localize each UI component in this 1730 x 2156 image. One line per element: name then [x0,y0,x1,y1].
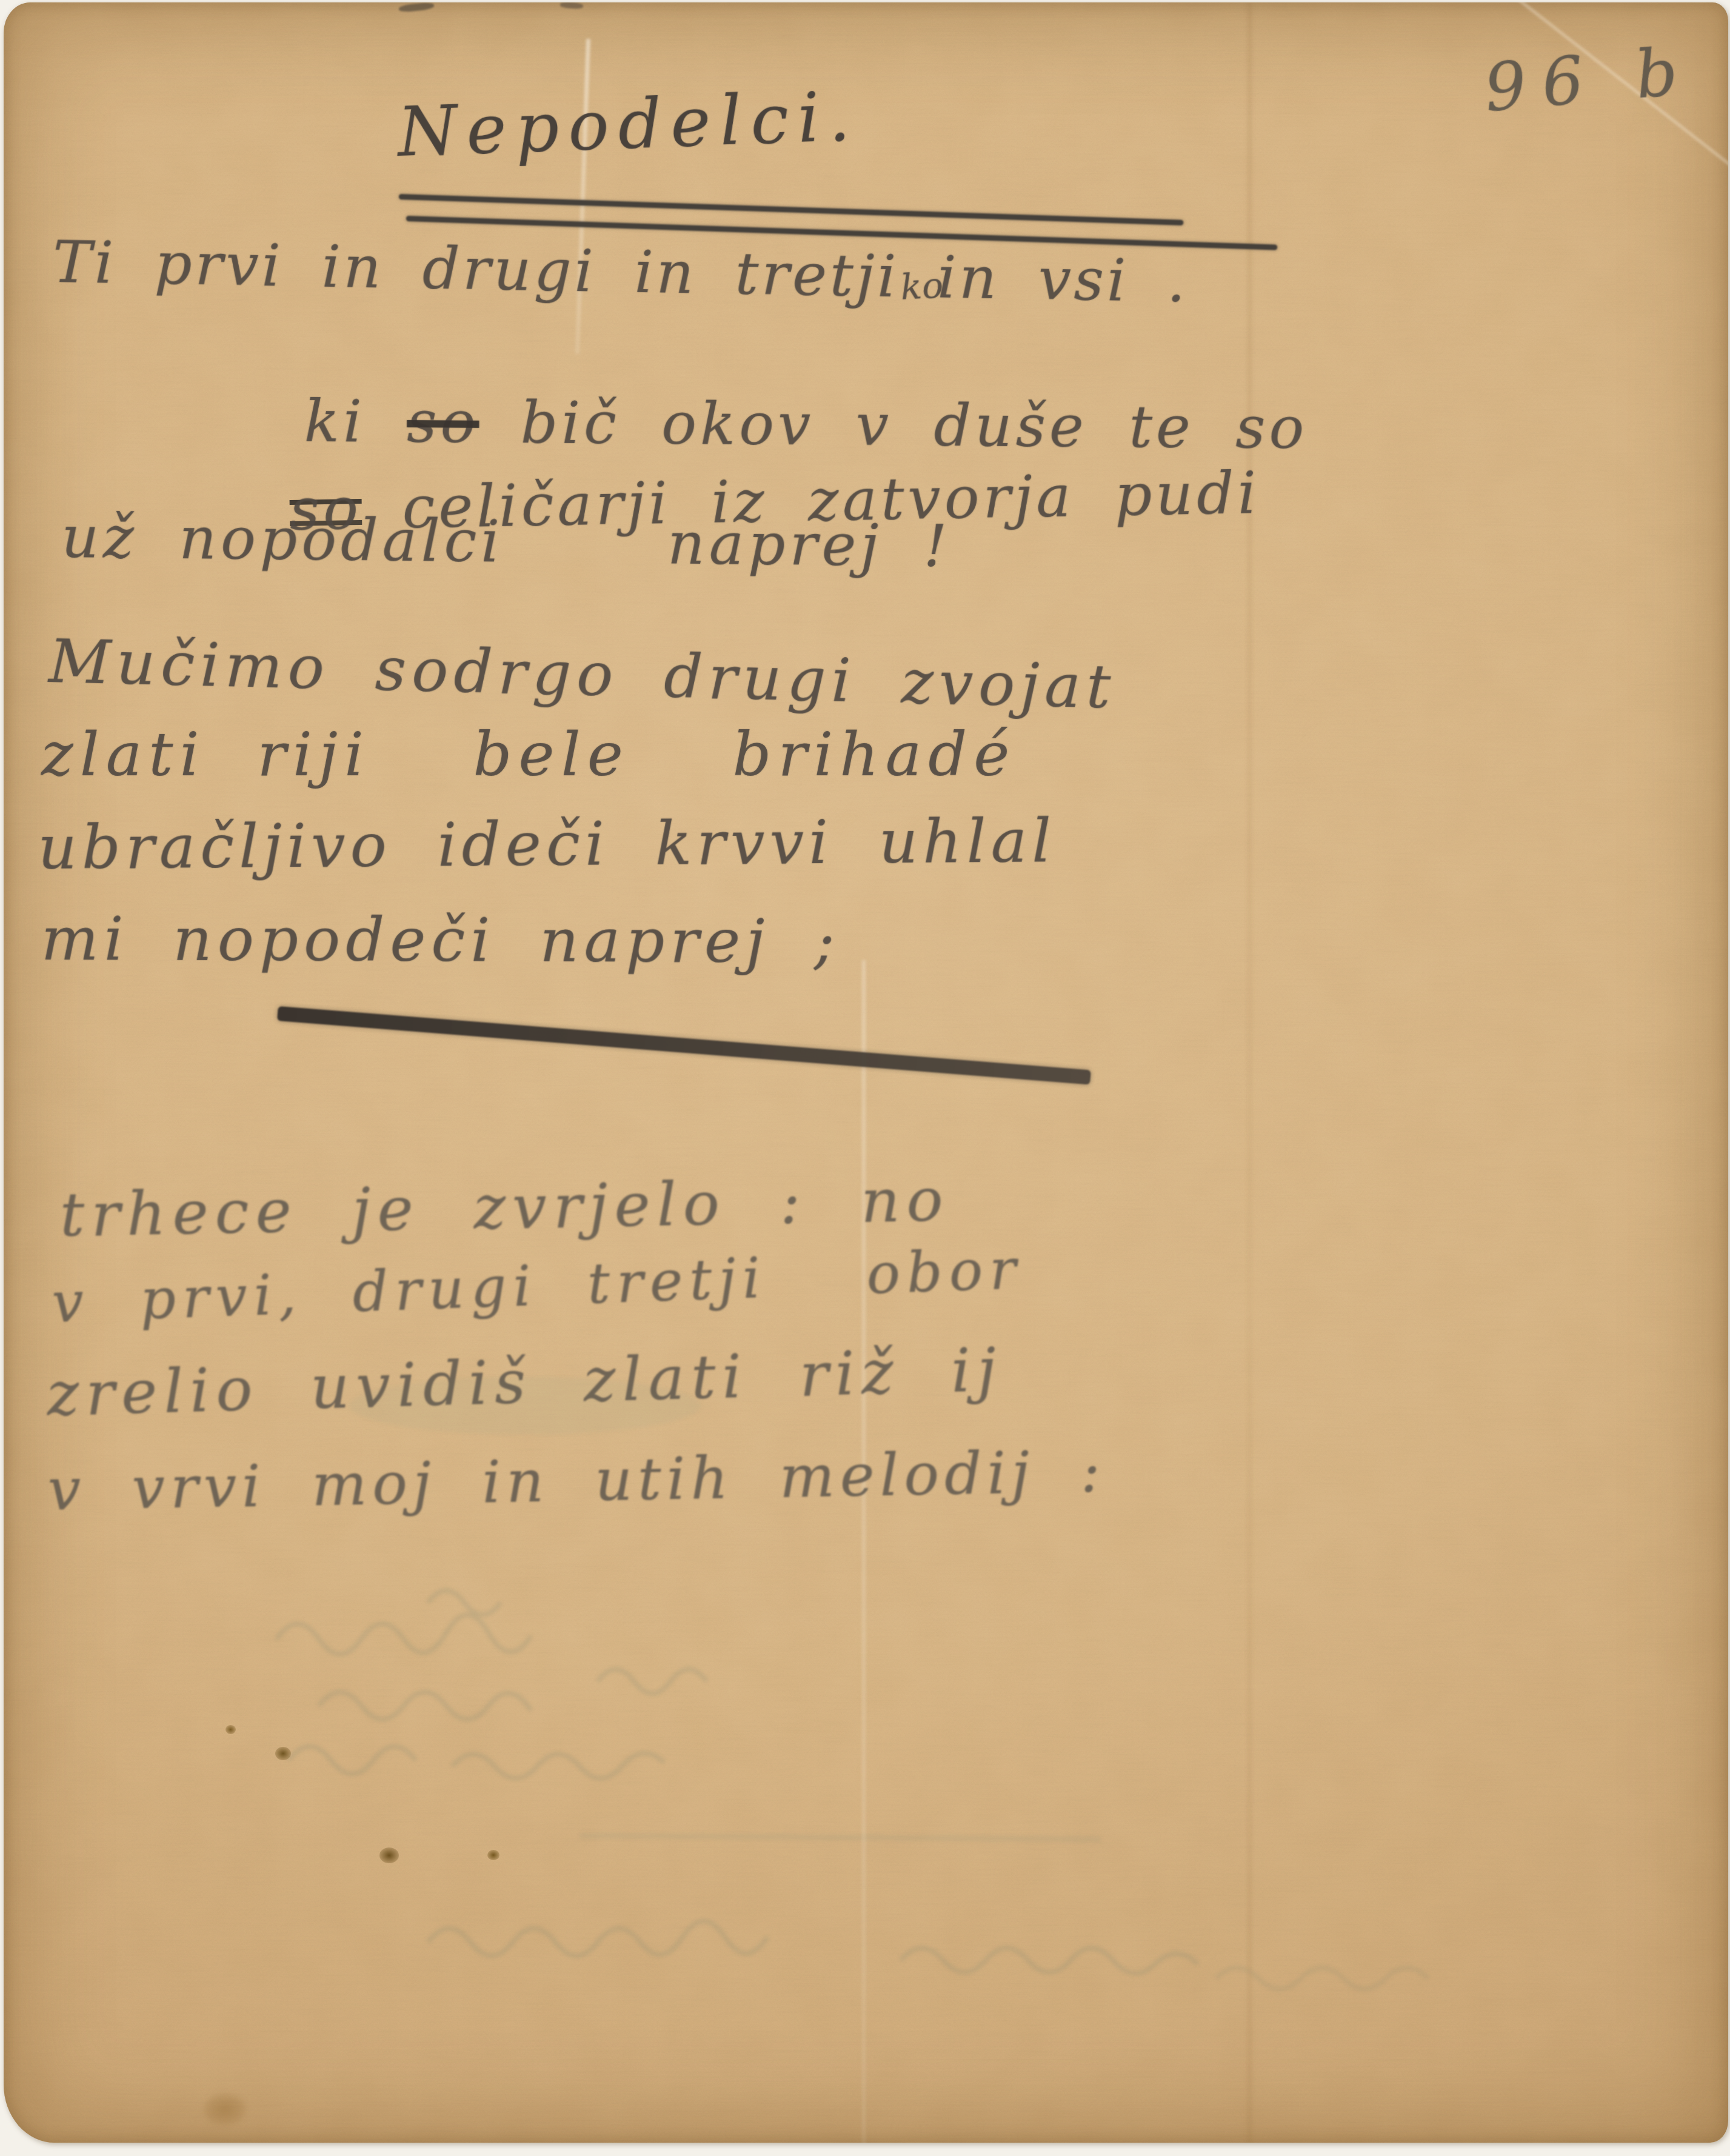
stain [487,1850,499,1860]
handwritten-line: v vrvi moj in utih melodij : [47,1438,1106,1524]
stain [204,2094,246,2125]
poem-title: Nepodelci. [396,77,860,172]
ink-speck [560,2,584,9]
manuscript-page: 96 b Nepodelci. Ti prvi in drugi in tret… [4,2,1728,2143]
handwritten-line: v prvi, drugi tretji obor [51,1237,1024,1335]
handwritten-line: mi nopodeči naprej ; [41,903,840,977]
handwritten-line: so celičarji iz zatvorja pudi [46,391,1261,616]
stain [225,1725,236,1734]
manuscript-scan: 96 b Nepodelci. Ti prvi in drugi in tret… [0,0,1730,2156]
inserted-word: ko [900,264,944,308]
vertical-crease [1247,2,1252,2143]
handwritten-line: zrelio uvidiš zlati riž ij [46,1334,1004,1430]
handwritten-line: už nopodalci naprej ! [61,503,952,580]
vertical-crease [862,960,866,2143]
section-divider [277,1006,1091,1084]
page-number: 96 b [1481,33,1696,127]
stain [275,1747,291,1760]
handwritten-line: ubračljivo ideči krvvi uhlal [38,805,1057,883]
handwritten-line: zlati riji bele brihadé [41,719,1017,790]
ink-speck [399,2,435,13]
stain [379,1847,399,1863]
handwritten-line: Mučimo sodrgo drugi zvojat [48,626,1117,723]
handwritten-line: trhece je zvrjelo : no [59,1164,950,1250]
